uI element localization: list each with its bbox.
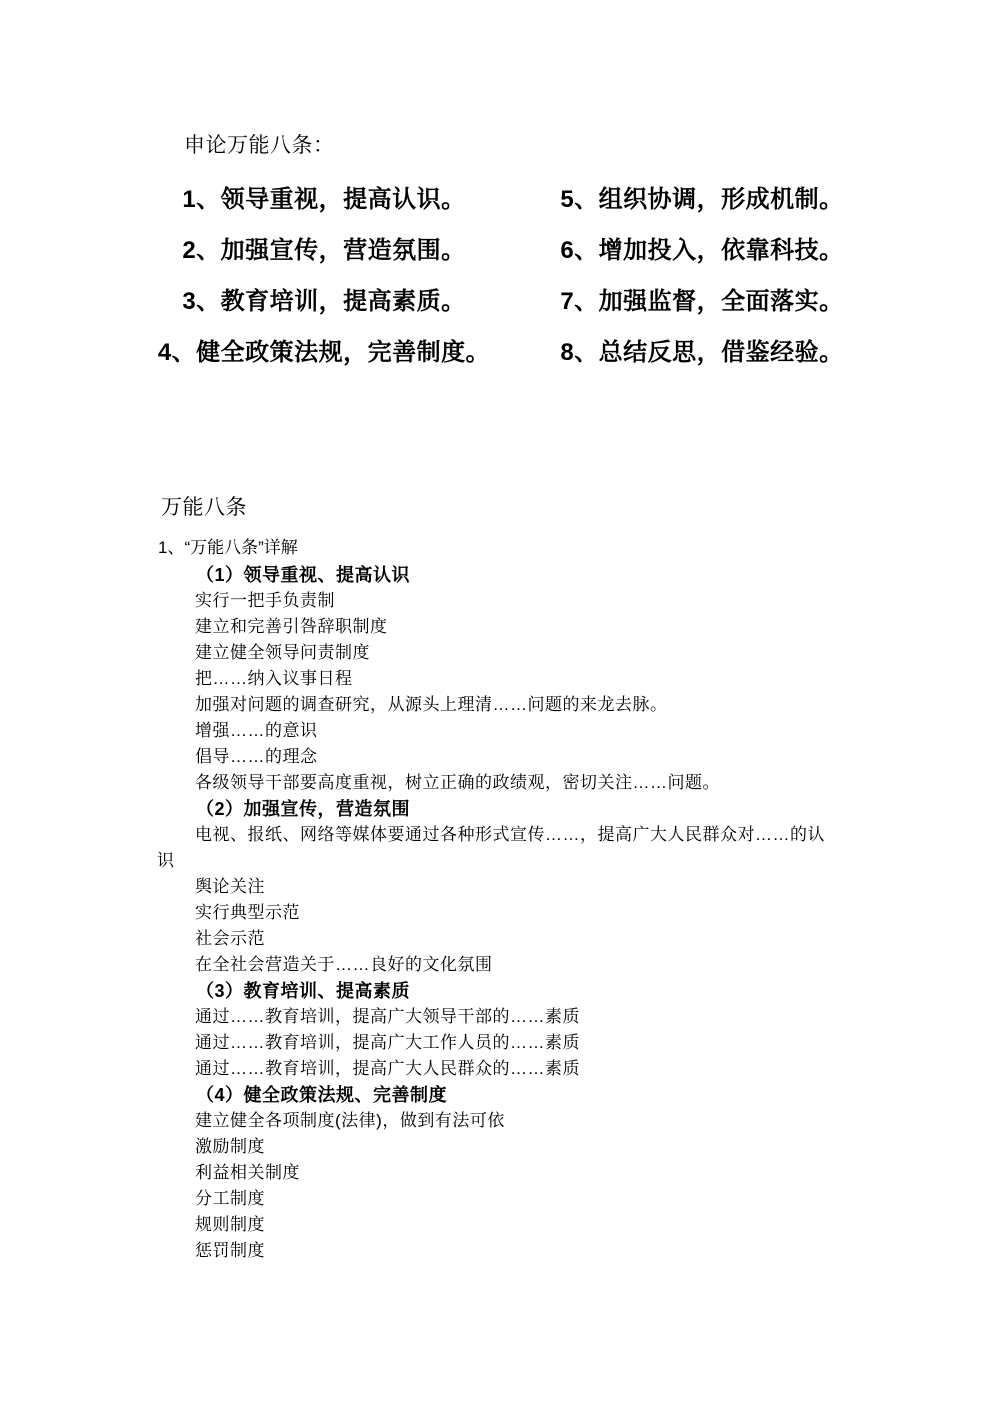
section-title-1: （1）领导重视、提高认识 bbox=[157, 562, 937, 588]
point-item-6: 6、增加投入，依靠科技。 bbox=[518, 238, 886, 289]
detail-line: 规则制度 bbox=[157, 1212, 937, 1238]
point-item-3: 3、教育培训，提高素质。 bbox=[140, 289, 508, 340]
detail-line: 电视、报纸、网络等媒体要通过各种形式宣传……，提高广大人民群众对……的认 bbox=[157, 822, 937, 848]
detail-line: 社会示范 bbox=[157, 926, 937, 952]
detail-line: 激励制度 bbox=[157, 1134, 937, 1160]
point-item-8: 8、总结反思，借鉴经验。 bbox=[518, 340, 886, 391]
detail-line: 通过……教育培训，提高广大人民群众的……素质 bbox=[157, 1056, 937, 1082]
eight-points-list: 1、领导重视，提高认识。5、组织协调，形成机制。2、加强宣传，营造氛围。6、增加… bbox=[140, 187, 886, 391]
detail-line: 通过……教育培训，提高广大工作人员的……素质 bbox=[157, 1030, 937, 1056]
detail-line: 实行典型示范 bbox=[157, 900, 937, 926]
point-item-1: 1、领导重视，提高认识。 bbox=[140, 187, 508, 238]
detail-line: 实行一把手负责制 bbox=[157, 588, 937, 614]
section-title-3: （3）教育培训、提高素质 bbox=[157, 978, 937, 1004]
detail-line: 舆论关注 bbox=[157, 874, 937, 900]
detail-line: 各级领导干部要高度重视，树立正确的政绩观，密切关注……问题。 bbox=[157, 770, 937, 796]
detail-line: 分工制度 bbox=[157, 1186, 937, 1212]
detail-line: 建立健全领导问责制度 bbox=[157, 640, 937, 666]
detail-heading: 万能八条 bbox=[161, 497, 247, 519]
detail-line: 通过……教育培训，提高广大领导干部的……素质 bbox=[157, 1004, 937, 1030]
detail-line: 建立和完善引咎辞职制度 bbox=[157, 614, 937, 640]
section-title-4: （4）健全政策法规、完善制度 bbox=[157, 1082, 937, 1108]
detail-line: 倡导……的理念 bbox=[157, 744, 937, 770]
page-title: 申论万能八条： bbox=[184, 135, 335, 157]
detail-line: 增强……的意识 bbox=[157, 718, 937, 744]
point-item-5: 5、组织协调，形成机制。 bbox=[518, 187, 886, 238]
detail-line: 加强对问题的调查研究，从源头上理清……问题的来龙去脉。 bbox=[157, 692, 937, 718]
detail-subheading: 1、“万能八条”详解 bbox=[158, 539, 298, 557]
detail-line: 识 bbox=[157, 848, 937, 874]
document-page: 申论万能八条： 1、领导重视，提高认识。5、组织协调，形成机制。2、加强宣传，营… bbox=[0, 0, 993, 1404]
point-item-7: 7、加强监督，全面落实。 bbox=[518, 289, 886, 340]
point-item-4: 4、健全政策法规，完善制度。 bbox=[140, 340, 508, 391]
detail-line: 利益相关制度 bbox=[157, 1160, 937, 1186]
detail-line: 建立健全各项制度(法律)，做到有法可依 bbox=[157, 1108, 937, 1134]
detail-line: 把……纳入议事日程 bbox=[157, 666, 937, 692]
section-title-2: （2）加强宣传，营造氛围 bbox=[157, 796, 937, 822]
detail-line: 在全社会营造关于……良好的文化氛围 bbox=[157, 952, 937, 978]
detail-line: 惩罚制度 bbox=[157, 1238, 937, 1264]
point-item-2: 2、加强宣传，营造氛围。 bbox=[140, 238, 508, 289]
detail-lines: （1）领导重视、提高认识实行一把手负责制建立和完善引咎辞职制度建立健全领导问责制… bbox=[157, 562, 937, 1264]
